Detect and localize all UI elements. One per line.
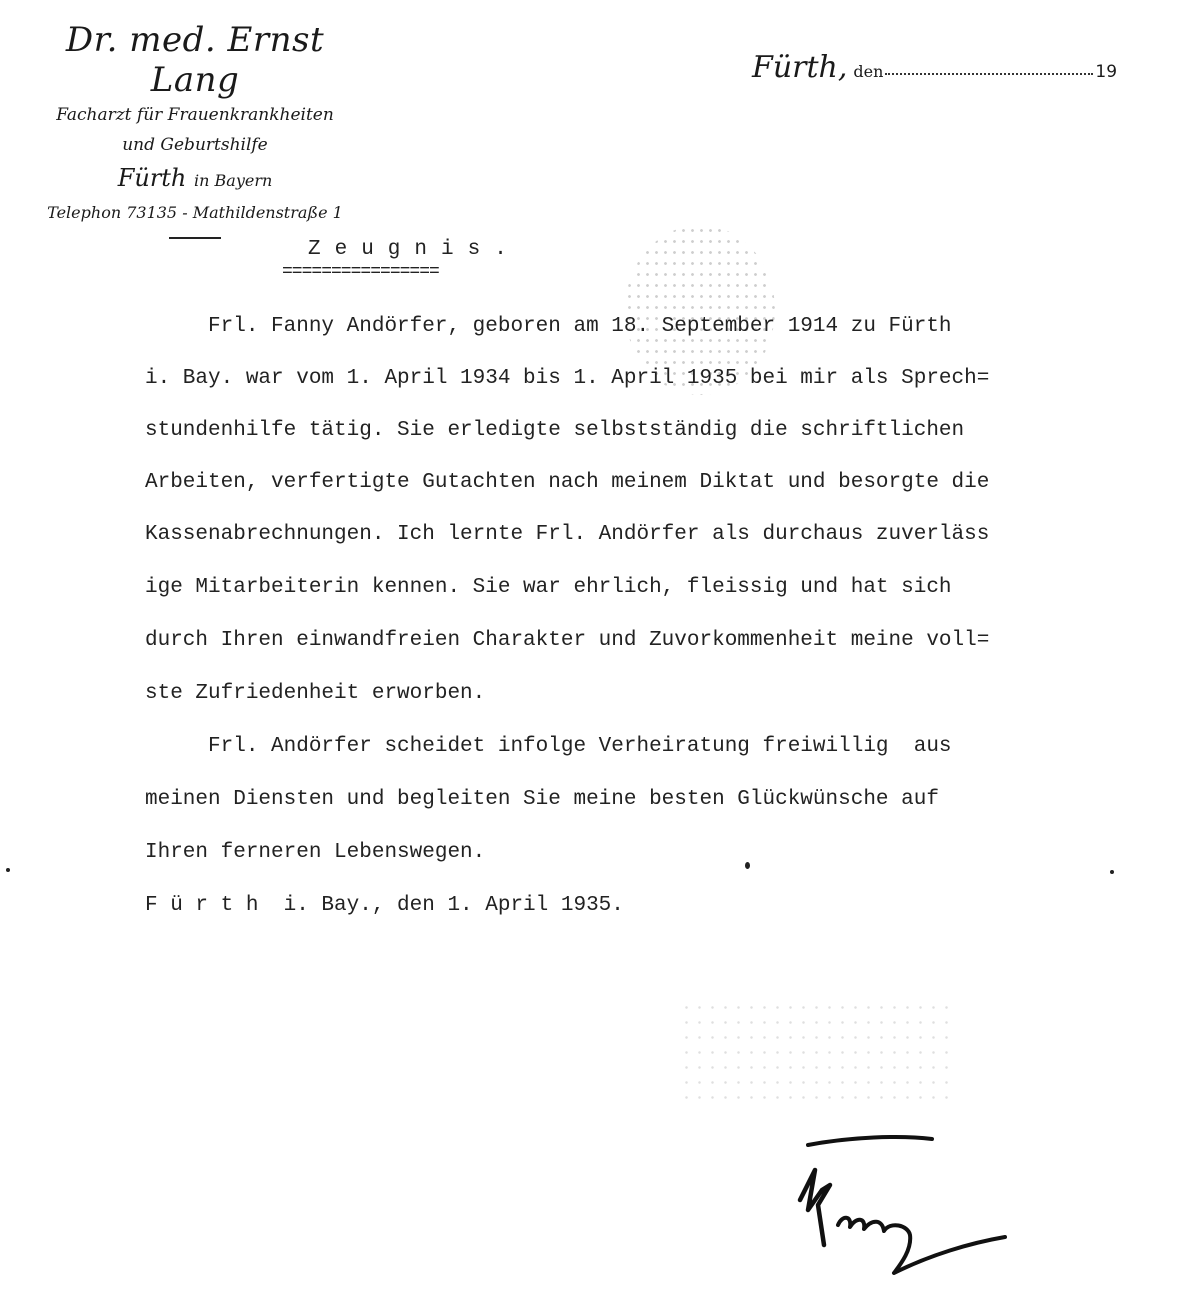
body-line: stundenhilfe tätig. Sie erledigte selbst…: [145, 419, 964, 442]
letterhead: Dr. med. Ernst Lang Facharzt für Frauenk…: [20, 20, 370, 239]
dateline-den: den: [853, 62, 883, 81]
specialty-line-1: Facharzt für Frauenkrankheiten: [20, 100, 370, 130]
body-line: Ihren ferneren Lebenswegen.: [145, 841, 485, 864]
city-suffix: in Bayern: [194, 171, 272, 190]
specialty-line-2: und Geburtshilfe: [20, 130, 370, 160]
dateline: Fürth, den 19: [752, 50, 1117, 85]
city-name: Fürth: [118, 164, 187, 192]
dateline-year: 19: [1095, 62, 1117, 82]
letterhead-city: Fürth in Bayern: [20, 160, 370, 199]
body-line: Frl. Fanny Andörfer, geboren am 18. Sept…: [145, 315, 952, 338]
speck: [1110, 870, 1114, 874]
body-line: i. Bay. war vom 1. April 1934 bis 1. Apr…: [145, 367, 989, 390]
dateline-city: Fürth,: [752, 50, 847, 85]
body-line: F ü r t h i. Bay., den 1. April 1935.: [145, 894, 624, 917]
body-line: Arbeiten, verfertigte Gutachten nach mei…: [145, 471, 989, 494]
contact-line: Telephon 73135 - Mathildenstraße 1: [20, 199, 370, 227]
body-line: Kassenabrechnungen. Ich lernte Frl. Andö…: [145, 523, 989, 546]
body-line: meinen Diensten und begleiten Sie meine …: [145, 788, 939, 811]
date-blank-field: [885, 73, 1093, 75]
body-line: Frl. Andörfer scheidet infolge Verheirat…: [145, 735, 952, 758]
document-title: Zeugnis.: [308, 238, 521, 261]
body-line: ste Zufriedenheit erworben.: [145, 682, 485, 705]
letterhead-divider: [169, 237, 221, 239]
body-line: durch Ihren einwandfreien Charakter und …: [145, 629, 989, 652]
faded-stamp-icon: [680, 1000, 950, 1100]
speck: [745, 862, 750, 869]
speck: [6, 868, 10, 872]
handwritten-signature-icon: [760, 1115, 1010, 1275]
title-underline: ================: [282, 262, 439, 282]
doctor-name: Dr. med. Ernst Lang: [20, 20, 370, 100]
body-line: ige Mitarbeiterin kennen. Sie war ehrlic…: [145, 576, 952, 599]
